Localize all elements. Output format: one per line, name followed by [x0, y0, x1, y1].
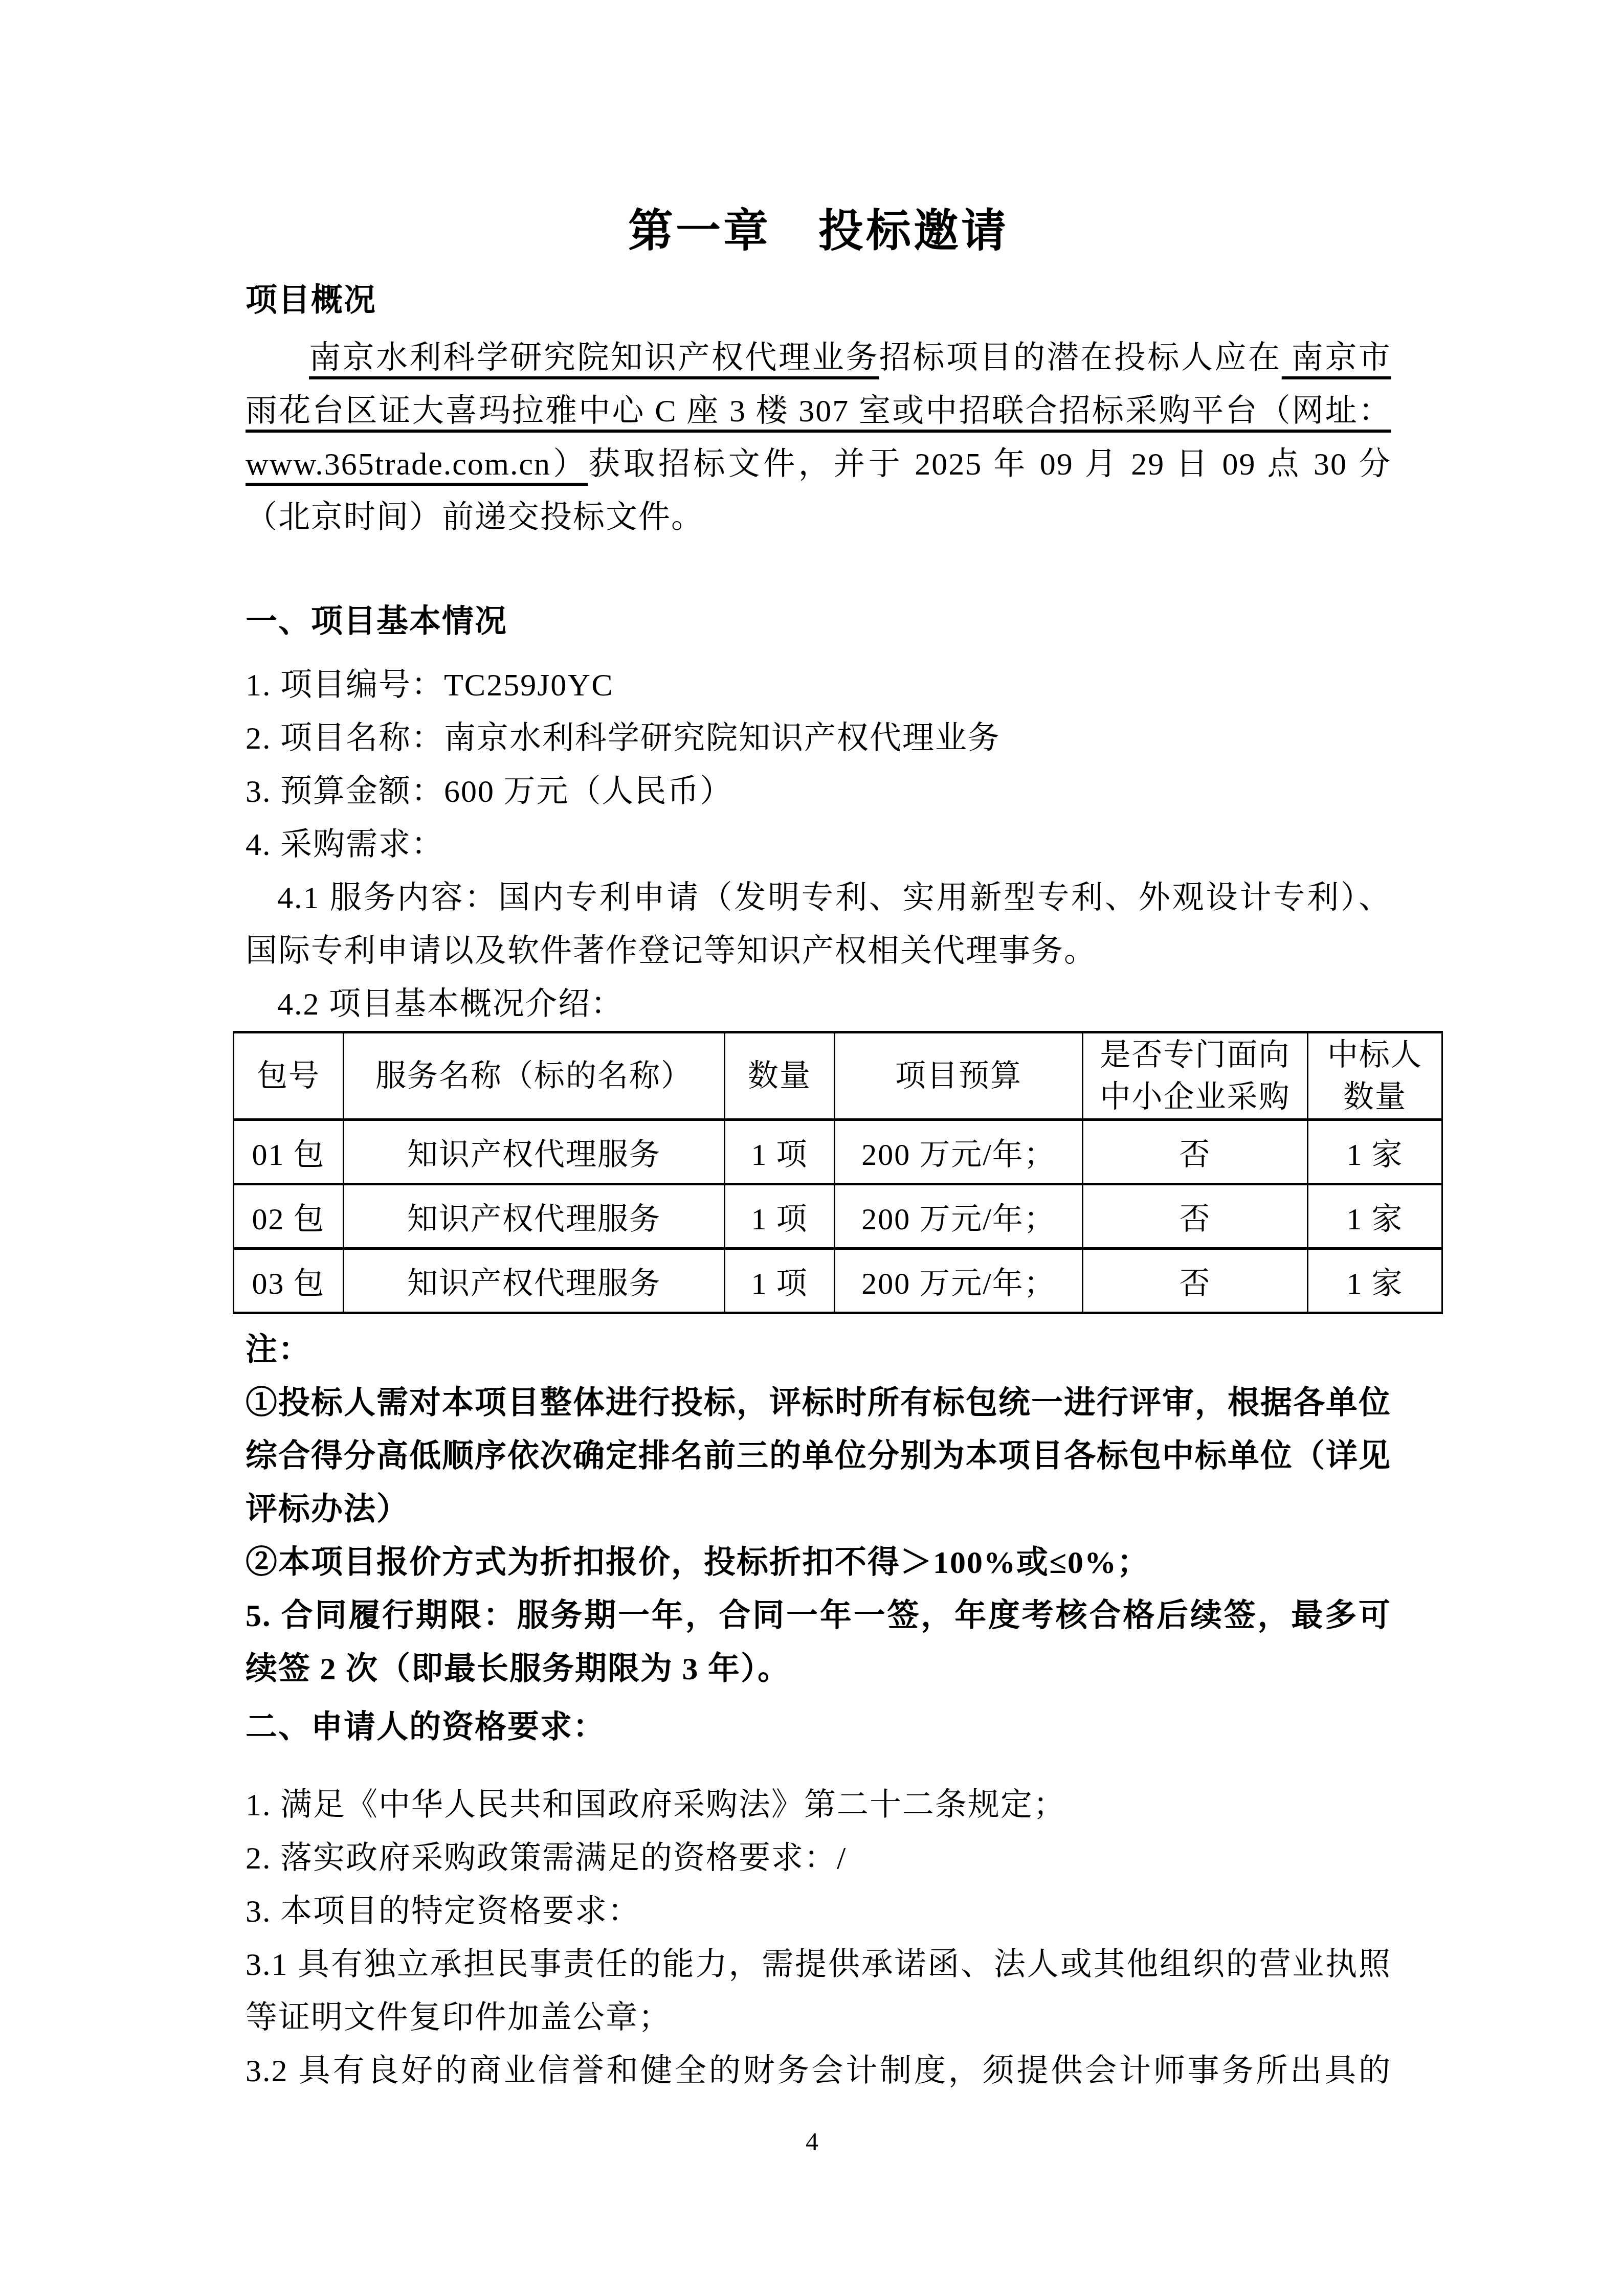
notes-label: 注：	[246, 1323, 1391, 1377]
header-budget: 项目预算	[835, 1032, 1083, 1120]
item-project-name: 2. 项目名称：南京水利科学研究院知识产权代理业务	[246, 712, 1391, 765]
cell-package-no: 02 包	[234, 1184, 344, 1249]
header-quantity: 数量	[725, 1032, 835, 1120]
cell-winner-count: 1 家	[1308, 1249, 1442, 1313]
cell-service-name: 知识产权代理服务	[344, 1120, 725, 1184]
cell-winner-count: 1 家	[1308, 1184, 1442, 1249]
overview-heading: 项目概况	[246, 274, 1391, 327]
table-row: 03 包 知识产权代理服务 1 项 200 万元/年； 否 1 家	[234, 1249, 1442, 1313]
cell-quantity: 1 项	[725, 1184, 835, 1249]
packages-table: 包号 服务名称（标的名称） 数量 项目预算 是否专门面向 中小企业采购 中标人 …	[233, 1031, 1443, 1314]
cell-budget: 200 万元/年；	[835, 1120, 1083, 1184]
qualification-item-3-2: 3.2 具有良好的商业信誉和健全的财务会计制度，须提供会计师事务所出具的	[246, 2044, 1391, 2098]
underlined-text: 南京水利科学研究院知识产权代理业务	[309, 341, 879, 375]
table-header-row: 包号 服务名称（标的名称） 数量 项目预算 是否专门面向 中小企业采购 中标人 …	[234, 1032, 1442, 1120]
cell-quantity: 1 项	[725, 1120, 835, 1184]
page-number: 4	[0, 2126, 1624, 2157]
qualification-item-1: 1. 满足《中华人民共和国政府采购法》第二十二条规定；	[246, 1779, 1391, 1832]
qualification-item-3-1: 3.1 具有独立承担民事责任的能力，需提供承诺函、法人或其他组织的营业执照等证明…	[246, 1938, 1391, 2044]
item-contract-term: 5. 合同履行期限：服务期一年，合同一年一签，年度考核合格后续签，最多可续签 2…	[246, 1589, 1391, 1696]
note-2: ②本项目报价方式为折扣报价，投标折扣不得＞100%或≤0%；	[246, 1536, 1391, 1589]
cell-budget: 200 万元/年；	[835, 1249, 1083, 1313]
item-procurement-demand: 4. 采购需求：	[246, 818, 1391, 871]
header-package-no: 包号	[234, 1032, 344, 1120]
header-sme: 是否专门面向 中小企业采购	[1083, 1032, 1308, 1120]
qualification-item-2: 2. 落实政府采购政策需满足的资格要求：/	[246, 1832, 1391, 1885]
item-service-content: 4.1 服务内容：国内专利申请（发明专利、实用新型专利、外观设计专利）、国际专利…	[246, 871, 1391, 978]
overview-paragraph: 南京水利科学研究院知识产权代理业务招标项目的潜在投标人应在 南京市雨花台区证大喜…	[246, 331, 1391, 544]
cell-winner-count: 1 家	[1308, 1120, 1442, 1184]
cell-service-name: 知识产权代理服务	[344, 1184, 725, 1249]
document-content: 第一章 投标邀请 项目概况 南京水利科学研究院知识产权代理业务招标项目的潜在投标…	[246, 0, 1391, 2098]
cell-quantity: 1 项	[725, 1249, 835, 1313]
cell-sme: 否	[1083, 1249, 1308, 1313]
cell-sme: 否	[1083, 1120, 1308, 1184]
item-budget: 3. 预算金额：600 万元（人民币）	[246, 765, 1391, 818]
qualification-items: 1. 满足《中华人民共和国政府采购法》第二十二条规定； 2. 落实政府采购政策需…	[246, 1779, 1391, 2098]
table-row: 01 包 知识产权代理服务 1 项 200 万元/年； 否 1 家	[234, 1120, 1442, 1184]
section2-heading: 二、申请人的资格要求：	[246, 1701, 1391, 1754]
plain-text: 招标项目的潜在投标人应在	[879, 341, 1282, 375]
document-page: 第一章 投标邀请 项目概况 南京水利科学研究院知识产权代理业务招标项目的潜在投标…	[0, 0, 1624, 2296]
cell-budget: 200 万元/年；	[835, 1184, 1083, 1249]
item-project-intro: 4.2 项目基本概况介绍：	[246, 978, 1391, 1031]
header-service-name: 服务名称（标的名称）	[344, 1032, 725, 1120]
header-winner-count: 中标人 数量	[1308, 1032, 1442, 1120]
item-project-number: 1. 项目编号：TC259J0YC	[246, 659, 1391, 712]
cell-package-no: 03 包	[234, 1249, 344, 1313]
note-1: ①投标人需对本项目整体进行投标，评标时所有标包统一进行评审，根据各单位综合得分高…	[246, 1377, 1391, 1536]
cell-package-no: 01 包	[234, 1120, 344, 1184]
qualification-item-3: 3. 本项目的特定资格要求：	[246, 1885, 1391, 1938]
chapter-title: 第一章 投标邀请	[246, 204, 1391, 260]
cell-sme: 否	[1083, 1184, 1308, 1249]
table-row: 02 包 知识产权代理服务 1 项 200 万元/年； 否 1 家	[234, 1184, 1442, 1249]
section1-heading: 一、项目基本情况	[246, 595, 1391, 648]
cell-service-name: 知识产权代理服务	[344, 1249, 725, 1313]
basic-info-items: 1. 项目编号：TC259J0YC 2. 项目名称：南京水利科学研究院知识产权代…	[246, 659, 1391, 1031]
